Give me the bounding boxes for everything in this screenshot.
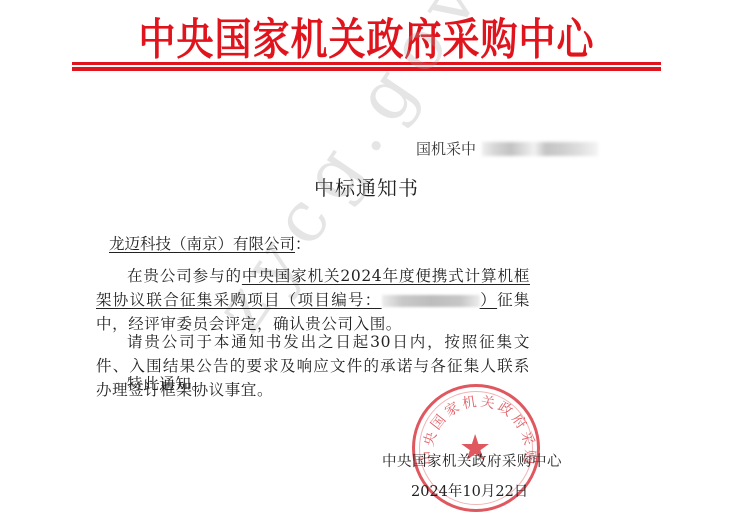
page-title: 中标通知书 xyxy=(0,172,733,201)
addressee-colon: ： xyxy=(295,235,311,253)
letterhead-title: 中央国家机关政府采购中心 xyxy=(0,4,733,68)
paragraph-1-lead: 在贵公司参与的 xyxy=(127,267,242,285)
project-name-close: ） xyxy=(480,291,498,309)
addressee-company: 龙迈科技（南京）有限公司 xyxy=(109,235,295,253)
document-number-redacted xyxy=(482,142,598,156)
document-number: 国机采中 xyxy=(416,138,598,159)
signature-organization: 中央国家机关政府采购中心 xyxy=(382,450,562,471)
document-number-prefix: 国机采中 xyxy=(416,138,476,159)
letterhead-rule-thin xyxy=(72,62,661,65)
body-paragraph-1: 在贵公司参与的中央国家机关2024年度便携式计算机框架协议联合征集采购项目（项目… xyxy=(96,264,530,336)
addressee: 龙迈科技（南京）有限公司： xyxy=(109,232,311,254)
project-number-redacted xyxy=(382,295,480,307)
signature-date: 2024年10月22日 xyxy=(411,480,528,501)
letterhead-rule-thick xyxy=(72,67,661,71)
